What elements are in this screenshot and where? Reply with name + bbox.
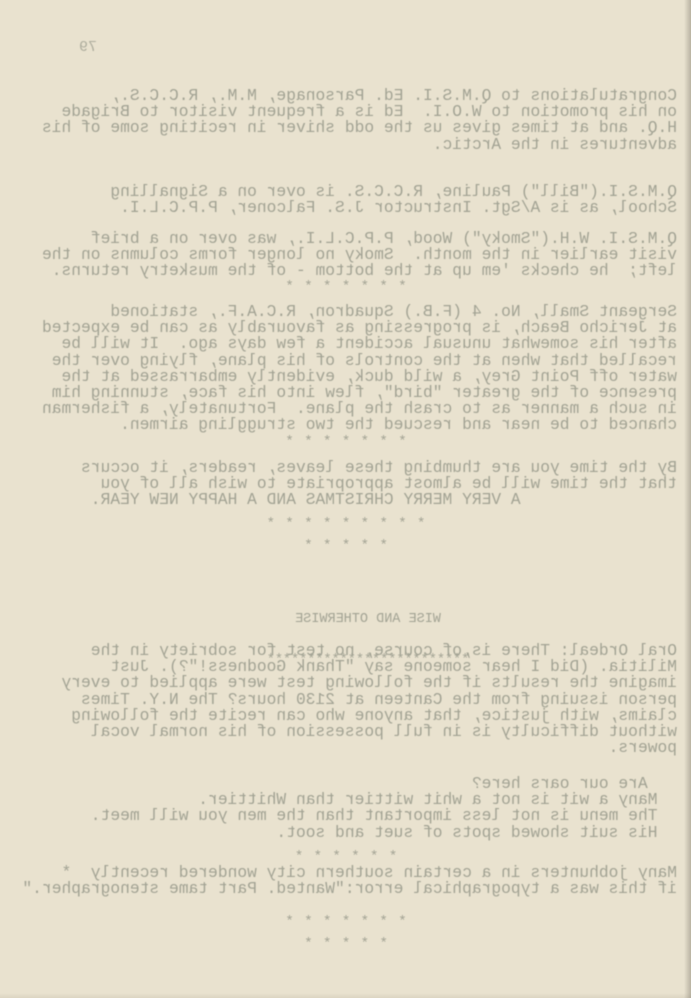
paragraph-christmas-greeting: By the time you are thumbing these leave… bbox=[81, 460, 677, 509]
section-title: WISE AND OTHERWISE bbox=[45, 613, 691, 627]
bleedthrough-mirrored-text-layer: 79 Congratulations to Q.M.S.I. Ed. Parso… bbox=[0, 0, 691, 998]
asterisk-separator: * * * * * * * bbox=[0, 434, 691, 450]
paragraph-smoky-wood: Q.M.S.I. W.H.("Smoky") Wood, P.P.C.L.I.,… bbox=[42, 231, 677, 280]
asterisk-separator: * * * * * * * * * bbox=[0, 516, 691, 532]
paragraph-oral-ordeal: Oral Ordeal: There is,of course, no test… bbox=[61, 643, 677, 756]
asterisk-separator: * * * * * bbox=[0, 936, 691, 952]
scanned-document-page: 79 Congratulations to Q.M.S.I. Ed. Parso… bbox=[0, 0, 691, 998]
scan-edge-shadow-bottom bbox=[0, 993, 691, 998]
asterisk-separator: * * * * * * * bbox=[0, 914, 691, 930]
paragraph-sergeant-small: Sergeant Small, No. 4 (F.B.) Squadron, R… bbox=[42, 304, 677, 434]
paragraph-signalling-school: Q.M.S.I.("Bill") Pauline, R.C.C.S. is ov… bbox=[110, 184, 677, 216]
asterisk-separator: * * * * * bbox=[0, 538, 691, 554]
tongue-twister-lines: Are our oars here? Many a wit is not a w… bbox=[91, 776, 677, 841]
page-number: 79 bbox=[79, 40, 97, 56]
paragraph-promotion: Congratulations to Q.M.S.I. Ed. Parsonag… bbox=[42, 88, 677, 153]
scan-edge-shadow bbox=[684, 0, 691, 998]
asterisk-separator: * * * * * * * bbox=[0, 279, 691, 295]
paragraph-jobhunters: Many jobhunters in a certain southern ci… bbox=[22, 865, 677, 897]
